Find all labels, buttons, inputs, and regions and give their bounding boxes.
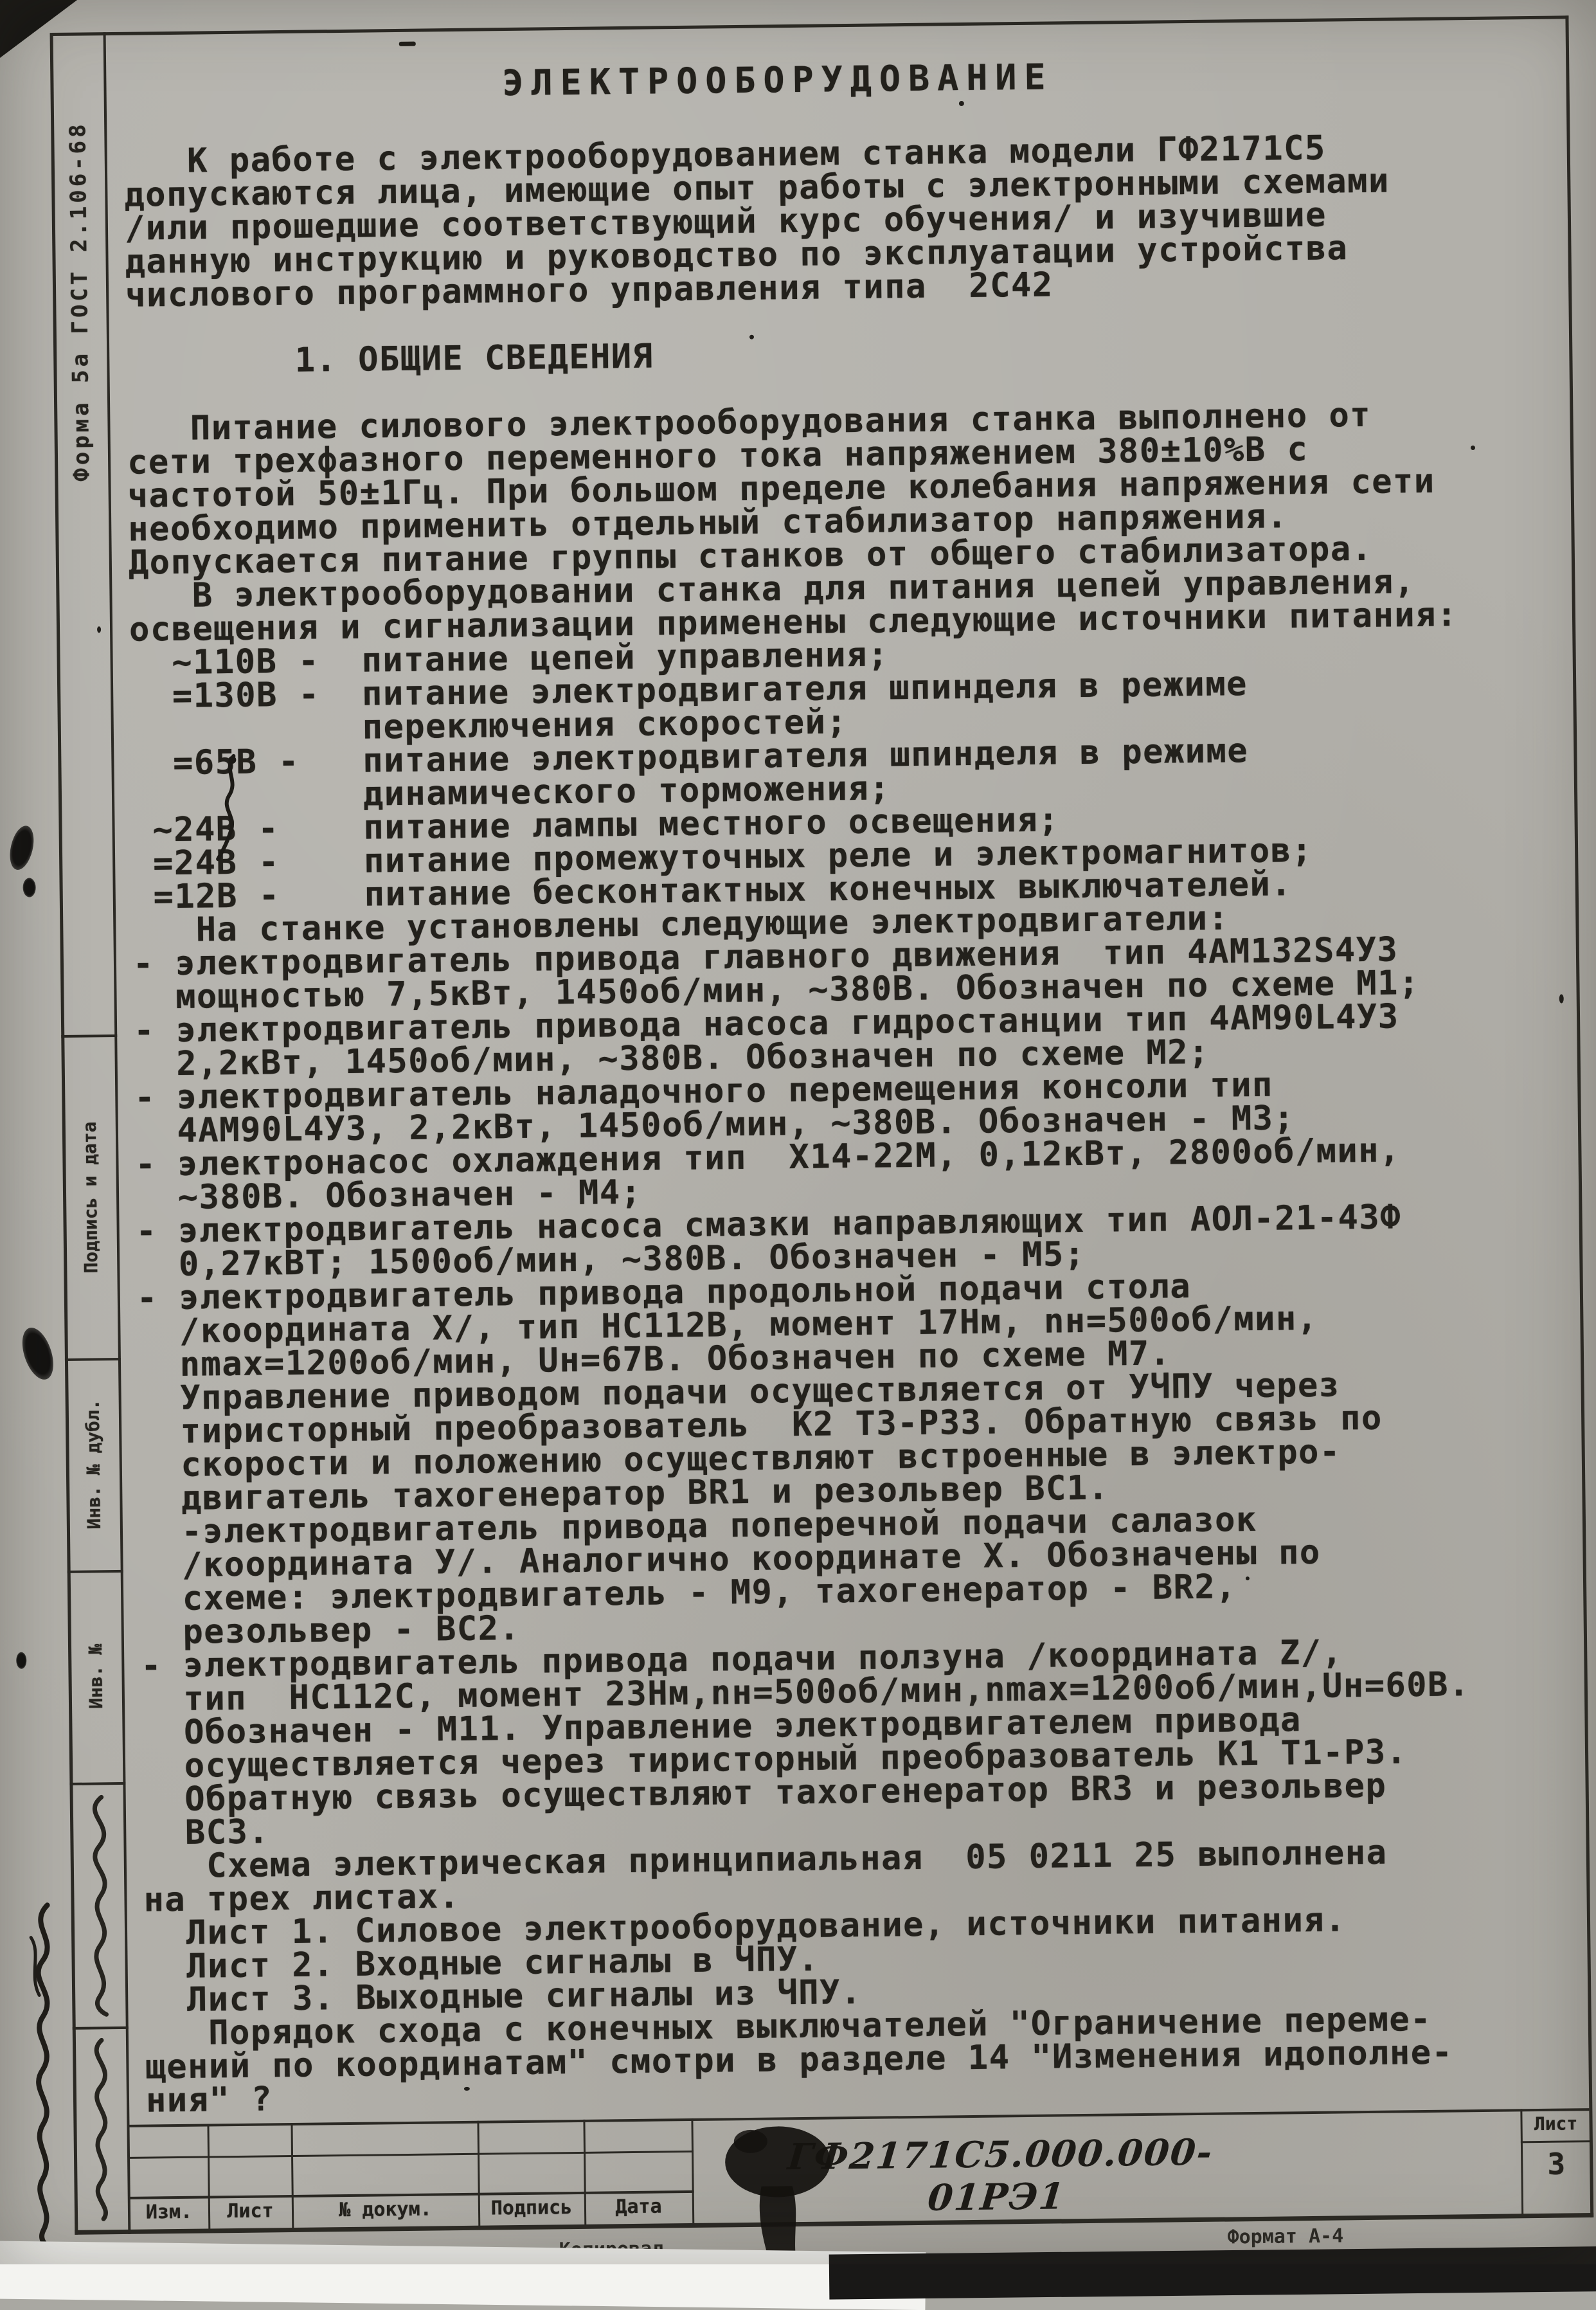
sheet-label: Лист (1521, 2113, 1590, 2134)
sidebar-cell-line (67, 1570, 123, 1573)
format-label: Формат А-4 (1227, 2224, 1343, 2248)
titleblock-row-line (129, 2151, 694, 2159)
ink-blot (705, 2121, 848, 2264)
document-scan: Форма 5а ГОСТ 2.106-68 Подпись и дата Ин… (0, 0, 1596, 2264)
scan-speck (1246, 1576, 1250, 1580)
sheetbox-under-line (1521, 2140, 1592, 2143)
scan-speck (749, 335, 754, 339)
handwritten-annotation (15, 1899, 70, 2253)
page-title: ЭЛЕКТРООБОРУДОВАНИЕ (502, 56, 1054, 104)
scan-speck (1559, 994, 1564, 1003)
scan-artifact (16, 1652, 26, 1669)
titleblock-col-signature: Подпись (480, 2196, 583, 2220)
scan-artifact (22, 878, 35, 897)
scan-speck (464, 2087, 470, 2091)
scan-speck (97, 626, 101, 633)
frame-top (52, 15, 1569, 36)
sidebar-cell-line (73, 2026, 129, 2030)
sheet-number: 3 (1522, 2146, 1591, 2181)
sidebar-cell-line (69, 1782, 125, 1785)
sidebar-label-signature-date: Подпись и дата (78, 1049, 102, 1345)
handwritten-annotation (76, 2036, 127, 2223)
titleblock-col-docnum: № докум. (294, 2197, 477, 2222)
ink-flourish (208, 752, 247, 862)
titleblock-col-list: Лист (210, 2199, 291, 2223)
body-text: К работе с электрооборудованием станка м… (123, 126, 1586, 2115)
scan-speck (959, 101, 964, 106)
titleblock-col-date: Дата (586, 2195, 691, 2219)
sidebar-label-inv: Инв. № (84, 1580, 107, 1773)
handwritten-annotation (73, 1792, 125, 2017)
scan-speck (1471, 446, 1475, 450)
titleblock-col-line (691, 2118, 694, 2224)
scan-artifact (6, 824, 37, 872)
scan-artifact (17, 1324, 60, 1384)
titleblock-col-izm: Изм. (130, 2201, 208, 2224)
form-stamp-label: Форма 5а ГОСТ 2.106-68 (65, 105, 95, 497)
sidebar-cell-line (65, 1358, 121, 1361)
sidebar-label-inv-dupl: Инв. № дубл. (82, 1367, 104, 1560)
sidebar-cell-line (61, 1034, 117, 1038)
scan-speck (399, 42, 416, 46)
